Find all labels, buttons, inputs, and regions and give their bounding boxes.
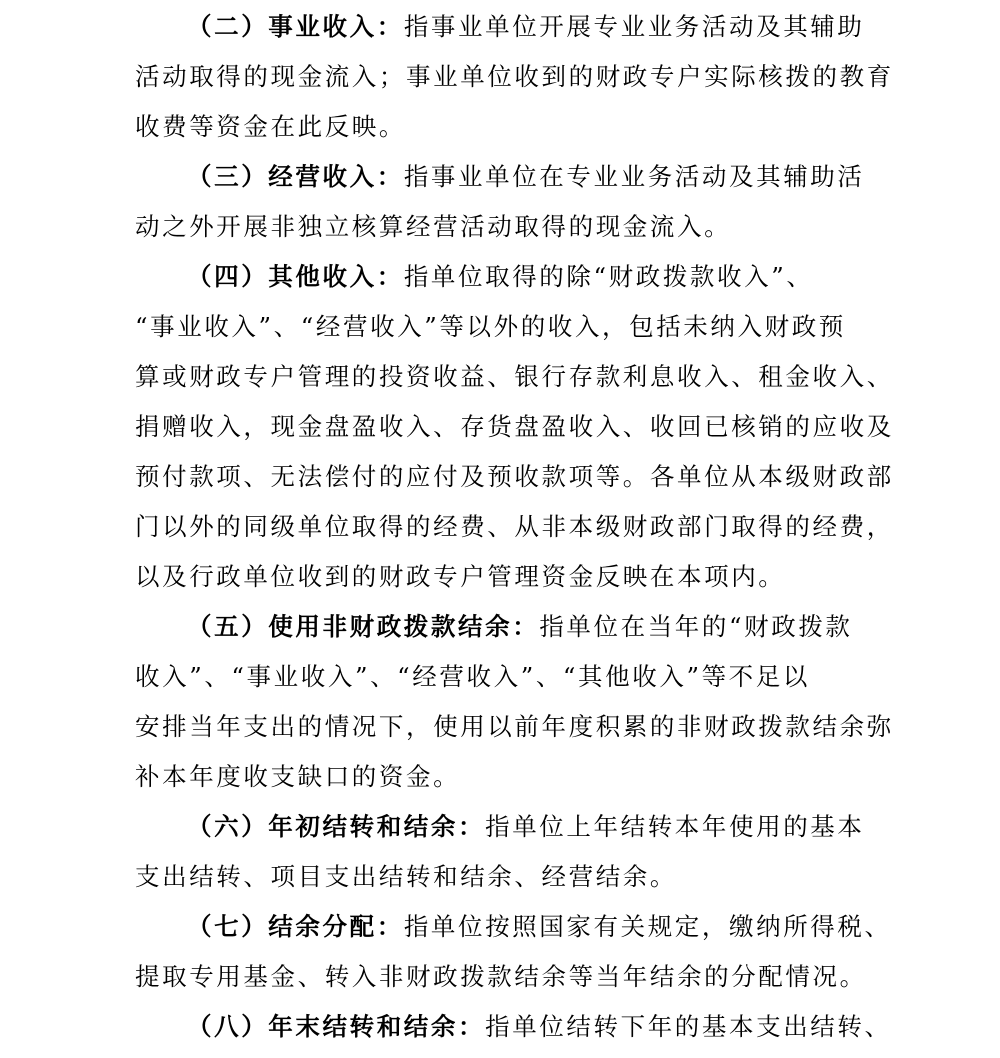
body-text: 指单位结转下年的基本支出结转、 [485,1012,892,1041]
term-label: （三）经营收入： [187,162,404,191]
term-label: （六）年初结转和结余： [187,812,485,841]
body-text: 指单位按照国家有关规定，缴纳所得税、 [404,912,892,941]
section-heading-line: （七）结余分配：指单位按照国家有关规定，缴纳所得税、 [187,902,892,952]
paragraph-line: 捐赠收入，现金盘盈收入、存货盘盈收入、收回已核销的应收及 [135,402,894,452]
paragraph-line: 收入”、“事业收入”、“经营收入”、“其他收入”等不足以 [135,652,810,702]
paragraph-line: 门以外的同级单位取得的经费、从非本级财政部门取得的经费， [135,502,894,552]
paragraph-line: “事业收入”、“经营收入”等以外的收入，包括未纳入财政预 [135,302,846,352]
section-heading-line: （八）年末结转和结余：指单位结转下年的基本支出结转、 [187,1002,892,1052]
body-text: 指单位取得的除“财政拨款收入”、 [404,262,814,291]
section-heading-line: （三）经营收入：指事业单位在专业业务活动及其辅助活 [187,152,865,202]
section-heading-line: （四）其他收入：指单位取得的除“财政拨款收入”、 [187,252,813,302]
body-text: 活动取得的现金流入；事业单位收到的财政专户实际核拨的教育 [135,62,894,91]
body-text: 以及行政单位收到的财政专户管理资金反映在本项内。 [135,562,785,591]
paragraph-line: 动之外开展非独立核算经营活动取得的现金流入。 [135,202,731,252]
paragraph-line: 预付款项、无法偿付的应付及预收款项等。各单位从本级财政部 [135,452,894,502]
body-text: 指单位上年结转本年使用的基本 [485,812,864,841]
body-text: 指事业单位在专业业务活动及其辅助活 [404,162,865,191]
paragraph-line: 算或财政专户管理的投资收益、银行存款利息收入、租金收入、 [135,352,894,402]
body-text: 算或财政专户管理的投资收益、银行存款利息收入、租金收入、 [135,362,894,391]
body-text: 收入”、“事业收入”、“经营收入”、“其他收入”等不足以 [135,662,810,691]
body-text: 预付款项、无法偿付的应付及预收款项等。各单位从本级财政部 [135,462,894,491]
body-text: “事业收入”、“经营收入”等以外的收入，包括未纳入财政预 [135,312,846,341]
body-text: 提取专用基金、转入非财政拨款结余等当年结余的分配情况。 [135,962,867,991]
section-heading-line: （六）年初结转和结余：指单位上年结转本年使用的基本 [187,802,865,852]
body-text: 捐赠收入，现金盘盈收入、存货盘盈收入、收回已核销的应收及 [135,412,894,441]
body-text: 指事业单位开展专业业务活动及其辅助 [404,12,865,41]
term-label: （四）其他收入： [187,262,404,291]
body-text: 指单位在当年的“财政拨款 [539,612,852,641]
paragraph-line: 支出结转、项目支出结转和结余、经营结余。 [135,852,677,902]
body-text: 动之外开展非独立核算经营活动取得的现金流入。 [135,212,731,241]
body-text: 门以外的同级单位取得的经费、从非本级财政部门取得的经费， [135,512,894,541]
paragraph-line: 安排当年支出的情况下，使用以前年度积累的非财政拨款结余弥 [135,702,894,752]
body-text: 补本年度收支缺口的资金。 [135,762,460,791]
paragraph-line: 提取专用基金、转入非财政拨款结余等当年结余的分配情况。 [135,952,867,1002]
section-heading-line: （二）事业收入：指事业单位开展专业业务活动及其辅助 [187,2,865,52]
paragraph-line: 活动取得的现金流入；事业单位收到的财政专户实际核拨的教育 [135,52,894,102]
body-text: 支出结转、项目支出结转和结余、经营结余。 [135,862,677,891]
section-heading-line: （五）使用非财政拨款结余：指单位在当年的“财政拨款 [187,602,853,652]
term-label: （五）使用非财政拨款结余： [187,612,539,641]
term-label: （七）结余分配： [187,912,404,941]
body-text: 收费等资金在此反映。 [135,112,406,141]
term-label: （二）事业收入： [187,12,404,41]
paragraph-line: 收费等资金在此反映。 [135,102,406,152]
paragraph-line: 以及行政单位收到的财政专户管理资金反映在本项内。 [135,552,785,602]
body-text: 安排当年支出的情况下，使用以前年度积累的非财政拨款结余弥 [135,712,894,741]
paragraph-line: 补本年度收支缺口的资金。 [135,752,460,802]
term-label: （八）年末结转和结余： [187,1012,485,1041]
